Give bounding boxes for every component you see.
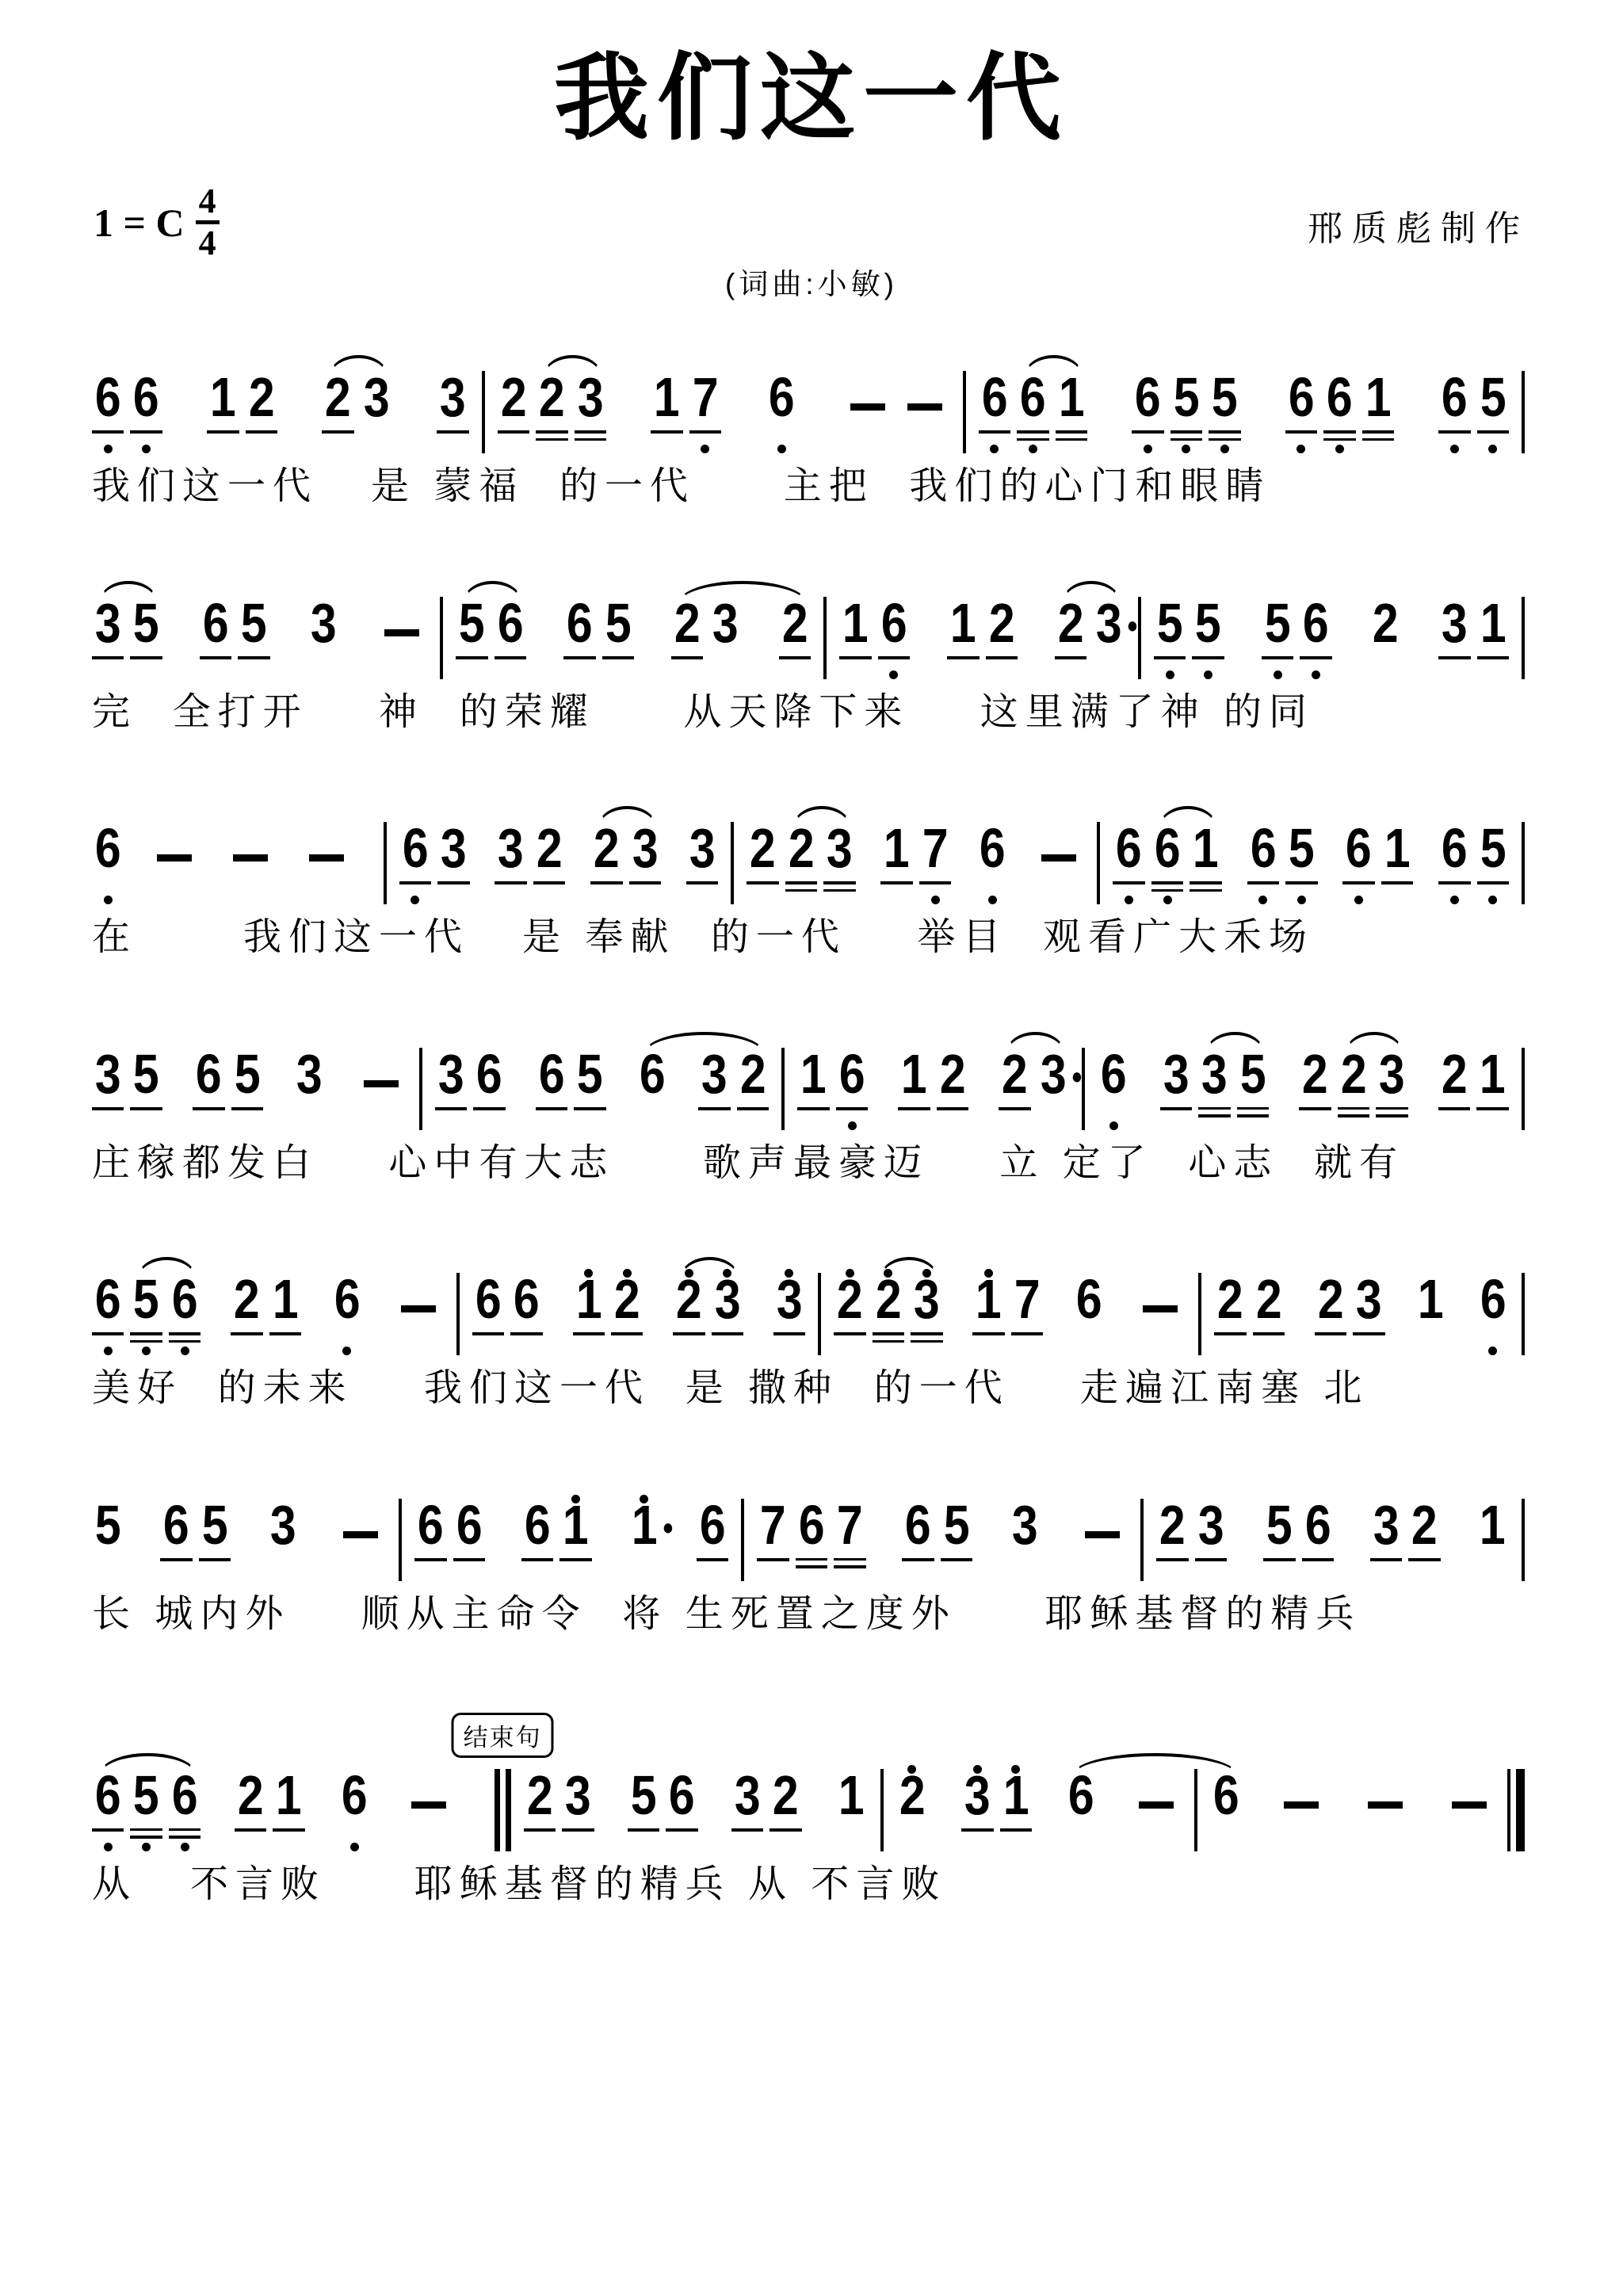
beat-gap bbox=[1012, 816, 1031, 817]
note-digit: 2 bbox=[500, 372, 526, 424]
beat-gap bbox=[342, 590, 373, 592]
note: 6 bbox=[396, 816, 434, 905]
note-digit: 2 bbox=[539, 372, 565, 424]
octave-dot-below-zone bbox=[1480, 1343, 1507, 1356]
credit: 邢质彪制作 bbox=[1308, 200, 1529, 250]
octave-dot-below-zone bbox=[675, 1343, 702, 1356]
slur-arc bbox=[1006, 1032, 1064, 1054]
barline-single bbox=[1140, 1499, 1144, 1581]
note: 5 bbox=[1260, 1492, 1298, 1582]
note-digit: 3 bbox=[735, 1771, 761, 1822]
note: 5 bbox=[1189, 590, 1227, 680]
octave-dot-below-zone bbox=[674, 667, 701, 680]
barline-single bbox=[1194, 1769, 1197, 1851]
beam-line bbox=[1195, 1558, 1227, 1561]
note-digit: 3 bbox=[438, 1049, 464, 1101]
note: 6 bbox=[328, 1266, 366, 1356]
note-digit: 1 bbox=[800, 1049, 827, 1101]
key-text: 1 = C bbox=[94, 200, 185, 246]
note-digit: 6 bbox=[799, 1500, 825, 1552]
note-digit: 5 bbox=[1266, 1500, 1293, 1552]
beat-gap bbox=[946, 1266, 970, 1268]
beam-line bbox=[559, 1558, 591, 1561]
octave-dot-below-zone bbox=[1201, 1117, 1228, 1131]
note-digit: 6 bbox=[1155, 823, 1181, 875]
note: 7 bbox=[686, 365, 724, 454]
beat-gap bbox=[509, 1041, 533, 1043]
beam-line bbox=[602, 656, 634, 659]
note-digit: 6 bbox=[980, 823, 1006, 875]
music-system: 66332233223176661656165在 我们这一代 是 奉献 的一代 … bbox=[89, 776, 1534, 961]
barline bbox=[1140, 1499, 1144, 1581]
note: 2 bbox=[766, 1763, 804, 1852]
octave-dot-below bbox=[1297, 896, 1306, 904]
octave-dot-below-zone bbox=[788, 892, 815, 905]
octave-dot-below-zone bbox=[1173, 441, 1200, 454]
note: 1 bbox=[836, 590, 874, 680]
beam-line bbox=[1285, 881, 1317, 884]
octave-dot-below-zone bbox=[899, 1839, 926, 1852]
note: 6 bbox=[89, 1763, 127, 1852]
beam-line bbox=[536, 430, 567, 434]
note-digit: 2 bbox=[234, 1274, 260, 1326]
beam-line bbox=[563, 656, 595, 659]
note-digit: 6 bbox=[1288, 372, 1314, 424]
slur-arc bbox=[792, 806, 850, 828]
note-digit: 2 bbox=[789, 823, 815, 875]
note: 3 bbox=[89, 590, 127, 680]
beam-line bbox=[1285, 430, 1317, 434]
beam-line bbox=[747, 881, 778, 884]
beat-gap bbox=[801, 365, 839, 366]
beam-line bbox=[769, 1828, 801, 1832]
beat-gap bbox=[166, 1041, 189, 1043]
dash-extension bbox=[364, 1080, 399, 1087]
note-digit: 1 bbox=[654, 372, 680, 424]
octave-dot-below bbox=[411, 896, 419, 904]
note: 2 bbox=[1366, 590, 1404, 680]
note-digit: 7 bbox=[760, 1500, 786, 1552]
octave-dot-below-zone bbox=[341, 1839, 368, 1852]
note: 3 bbox=[1435, 590, 1473, 680]
slur-arc bbox=[1205, 1032, 1264, 1054]
note-digit: 6 bbox=[163, 1500, 189, 1552]
octave-dot-below-zone bbox=[768, 441, 795, 454]
lyrics-line: 在 我们这一代 是 奉献 的一代 举目 观看广大禾场 bbox=[89, 915, 1534, 961]
note-digit: 6 bbox=[1135, 372, 1161, 424]
note: 2 bbox=[1250, 1266, 1288, 1356]
octave-dot-below-zone bbox=[526, 1839, 553, 1852]
beam-line bbox=[130, 430, 162, 434]
octave-dot-below-zone bbox=[900, 1117, 927, 1131]
beam-line bbox=[238, 656, 269, 659]
beam-line bbox=[273, 1828, 304, 1832]
note-digit: 6 bbox=[475, 1274, 502, 1326]
note-digit: 3 bbox=[1041, 1049, 1067, 1101]
octave-dot-below-zone bbox=[1134, 441, 1161, 454]
beam-line bbox=[435, 1107, 467, 1110]
beat-gap bbox=[1272, 1041, 1296, 1043]
note-digit: 3 bbox=[1198, 1500, 1224, 1552]
beam-line bbox=[796, 1558, 827, 1561]
beat-gap bbox=[1090, 365, 1128, 366]
beam-line bbox=[1262, 656, 1293, 659]
note: 5 bbox=[1205, 365, 1243, 454]
beat-gap bbox=[664, 816, 683, 817]
note-digit: 5 bbox=[1480, 372, 1506, 424]
beam-line bbox=[947, 656, 979, 659]
octave-dot-below-zone bbox=[1480, 892, 1507, 905]
octave-dot-below-zone bbox=[440, 892, 467, 905]
octave-dot-below bbox=[1450, 445, 1459, 453]
note: 2 bbox=[831, 1266, 869, 1356]
lyrics-line: 庄稼都发白 心中有大志 歌声最豪迈 立 定了 心志 就有 bbox=[89, 1140, 1534, 1186]
note: 3 bbox=[304, 590, 342, 680]
barline-single bbox=[1082, 1048, 1085, 1130]
note-digit: 5 bbox=[577, 1049, 603, 1101]
note: 6 bbox=[157, 1492, 195, 1582]
octave-dot-below bbox=[1166, 670, 1174, 679]
beam-line bbox=[92, 1107, 124, 1110]
octave-dot-below bbox=[1354, 896, 1363, 904]
octave-dot-below-zone bbox=[776, 1343, 803, 1356]
note-digit: 6 bbox=[1327, 372, 1353, 424]
beat-gap bbox=[931, 1763, 958, 1764]
note: 1 bbox=[1411, 1266, 1449, 1356]
note-digit: 2 bbox=[773, 1771, 799, 1822]
note: 6 bbox=[663, 1763, 701, 1852]
note: 5 bbox=[1151, 590, 1189, 680]
note: 3 bbox=[770, 1266, 808, 1356]
octave-dot-below bbox=[181, 1843, 189, 1851]
octave-dot-below-zone bbox=[1479, 1568, 1506, 1582]
note-digit: 6 bbox=[1303, 598, 1329, 650]
octave-dot-below-zone bbox=[1067, 1839, 1094, 1852]
note: 6 bbox=[1244, 816, 1282, 905]
octave-dot-below-zone bbox=[334, 1343, 361, 1356]
barline-single bbox=[1522, 822, 1525, 904]
slur-arc bbox=[1072, 1753, 1237, 1775]
note: 5 bbox=[624, 1763, 663, 1852]
beat-gap bbox=[1416, 816, 1435, 817]
note: 6 bbox=[1128, 365, 1167, 454]
octave-dot-below bbox=[889, 670, 898, 679]
dash-extension bbox=[1284, 1801, 1319, 1809]
note-digit: 6 bbox=[133, 372, 159, 424]
note-digit: 6 bbox=[1068, 1771, 1094, 1822]
octave-dot-below-zone bbox=[324, 441, 351, 454]
octave-dot-below bbox=[1488, 896, 1497, 904]
octave-dot-below-zone bbox=[310, 667, 337, 680]
octave-dot-below-zone bbox=[437, 1117, 464, 1131]
note: 1 bbox=[1359, 365, 1397, 454]
barline bbox=[1198, 1273, 1201, 1355]
barline bbox=[1522, 822, 1525, 904]
barline-single bbox=[818, 1273, 821, 1355]
music-system: 661223322317666165566165我们这一代 是 蒙福 的一代 主… bbox=[89, 325, 1534, 510]
octave-dot-below-zone bbox=[94, 441, 121, 454]
beat-gap bbox=[976, 1492, 1006, 1494]
barline bbox=[440, 597, 443, 679]
note-digit: 3 bbox=[95, 1049, 121, 1101]
lyrics-line: 我们这一代 是 蒙福 的一代 主把 我们的心门和眼睛 bbox=[89, 464, 1534, 510]
beam-line bbox=[1477, 656, 1509, 659]
note: 3 bbox=[559, 1763, 597, 1852]
octave-dot-below-zone bbox=[749, 892, 776, 905]
beam-line bbox=[1151, 881, 1183, 884]
dash-extension bbox=[850, 403, 885, 411]
music-system: 6562166612233223176222316美好 的未来 我们这一代 是 … bbox=[89, 1227, 1534, 1412]
beam-line bbox=[453, 1558, 485, 1561]
note: 2 bbox=[1153, 1492, 1191, 1582]
note: 7 bbox=[831, 1492, 869, 1582]
octave-dot-below-zone bbox=[132, 441, 159, 454]
octave-dot-below-zone bbox=[1355, 1343, 1382, 1356]
note-digit: 2 bbox=[1255, 1274, 1281, 1326]
beam-line bbox=[1214, 1332, 1246, 1335]
octave-dot-below bbox=[1488, 445, 1497, 453]
octave-dot-below-zone bbox=[1002, 1839, 1029, 1852]
note-digit: 1 bbox=[884, 823, 910, 875]
barline bbox=[495, 1769, 500, 1851]
note-digit: 3 bbox=[632, 823, 658, 875]
note-digit: 2 bbox=[782, 598, 808, 650]
beam-line bbox=[1315, 1332, 1346, 1335]
beam-line bbox=[235, 1828, 266, 1832]
octave-dot-below-zone bbox=[94, 1117, 121, 1131]
barline-single bbox=[384, 822, 387, 904]
beam-line bbox=[498, 430, 529, 434]
note: 5 bbox=[453, 590, 491, 680]
dash-extension bbox=[233, 854, 268, 861]
note-digit: 6 bbox=[1213, 1771, 1239, 1822]
octave-dot-below-zone bbox=[1216, 1343, 1243, 1356]
note-digit: 3 bbox=[95, 598, 121, 650]
time-signature: 4 4 bbox=[196, 184, 220, 261]
octave-dot-below-zone bbox=[1288, 441, 1315, 454]
octave-dot-below-zone bbox=[979, 892, 1006, 905]
note-digit: 3 bbox=[914, 1274, 940, 1326]
beat-gap bbox=[1044, 1492, 1075, 1494]
octave-dot-below-zone bbox=[1441, 892, 1468, 905]
beam-line bbox=[231, 1332, 262, 1335]
beam-line bbox=[200, 656, 231, 659]
note-digit: 6 bbox=[1101, 1049, 1127, 1101]
note-digit: 6 bbox=[476, 1049, 502, 1101]
beat-gap bbox=[1108, 1266, 1132, 1268]
slur-arc bbox=[678, 581, 806, 603]
beat-gap bbox=[329, 1041, 353, 1043]
beam-line bbox=[941, 1558, 972, 1561]
note: 3 bbox=[571, 365, 609, 454]
note: 6 bbox=[762, 365, 800, 454]
note-digit: 2 bbox=[740, 1049, 766, 1101]
dash-extension bbox=[1368, 1801, 1403, 1809]
slur-arc bbox=[463, 581, 521, 603]
octave-dot-below-zone bbox=[576, 1117, 603, 1131]
note-digit: 2 bbox=[325, 372, 351, 424]
octave-dot-below-zone bbox=[475, 1117, 502, 1131]
octave-dot-below bbox=[1488, 1347, 1497, 1355]
dash-extension bbox=[411, 1801, 446, 1809]
note-digit: 6 bbox=[700, 1500, 726, 1552]
beam-line bbox=[1381, 881, 1413, 884]
note-digit: 1 bbox=[1365, 372, 1391, 424]
note-digit: 3 bbox=[1096, 598, 1122, 650]
beam-line bbox=[1376, 1107, 1407, 1110]
note: 3 bbox=[1034, 1041, 1072, 1131]
octave-dot-below bbox=[181, 1347, 189, 1355]
note: 2 bbox=[1211, 1266, 1249, 1356]
beam-line bbox=[878, 656, 910, 659]
note: 3 bbox=[264, 1492, 302, 1582]
beat-gap bbox=[1035, 1763, 1062, 1764]
note-digit: 6 bbox=[640, 1049, 666, 1101]
dash-extension bbox=[401, 1305, 436, 1312]
note: 1 bbox=[269, 1763, 307, 1852]
note-digit: 5 bbox=[605, 598, 631, 650]
octave-dot-below bbox=[777, 445, 786, 453]
note-digit: 1 bbox=[1384, 823, 1411, 875]
note-digit: 2 bbox=[1217, 1274, 1243, 1326]
barline bbox=[419, 1048, 422, 1130]
beam-line bbox=[521, 1558, 553, 1561]
notation-row: 661223322317666165566165 bbox=[89, 365, 1534, 454]
beam-line bbox=[562, 1828, 594, 1832]
beam-line bbox=[1302, 1558, 1334, 1561]
beam-line bbox=[1011, 1332, 1043, 1335]
slur-arc bbox=[598, 806, 656, 828]
beam-line bbox=[533, 881, 565, 884]
note-digit: 5 bbox=[241, 598, 267, 650]
beat-gap bbox=[1444, 1492, 1474, 1494]
note: 1 bbox=[1474, 590, 1512, 680]
octave-dot-below-zone bbox=[237, 1839, 264, 1852]
octave-dot-below bbox=[1029, 445, 1037, 453]
note: 5 bbox=[1282, 816, 1320, 905]
note: 2 bbox=[231, 1763, 269, 1852]
slur-arc bbox=[137, 1257, 196, 1279]
beam-line bbox=[1113, 881, 1144, 884]
beam-line bbox=[834, 1558, 865, 1561]
note-digit: 6 bbox=[95, 823, 121, 875]
note: 3 bbox=[1373, 1041, 1411, 1131]
note: 5 bbox=[228, 1041, 266, 1131]
note-digit: 6 bbox=[497, 598, 523, 650]
octave-dot-below-zone bbox=[94, 1343, 121, 1356]
barline bbox=[1522, 1499, 1525, 1581]
barline-single bbox=[781, 1048, 785, 1130]
octave-dot-below-zone bbox=[513, 1343, 540, 1356]
note-digit: 6 bbox=[1116, 823, 1142, 875]
octave-dot-below-zone bbox=[842, 667, 869, 680]
note-digit: 2 bbox=[1341, 1049, 1367, 1101]
note: 6 bbox=[1148, 816, 1186, 905]
note-digit: 3 bbox=[1012, 1500, 1038, 1552]
note: 3 bbox=[706, 590, 744, 680]
note: 3 bbox=[432, 1041, 470, 1131]
note-digit: 3 bbox=[1163, 1049, 1190, 1101]
octave-dot-below-zone bbox=[613, 1343, 640, 1356]
note: 6 bbox=[89, 1266, 127, 1356]
note: 6 bbox=[166, 1763, 204, 1852]
note-digit: 6 bbox=[525, 1500, 551, 1552]
octave-dot-below-zone bbox=[1365, 441, 1392, 454]
barline bbox=[1082, 1048, 1085, 1130]
beat-gap bbox=[488, 1492, 518, 1494]
note-digit: 1 bbox=[575, 1274, 601, 1326]
note-digit: 3 bbox=[1201, 1049, 1228, 1101]
octave-dot-below-zone bbox=[826, 892, 853, 905]
note-digit: 6 bbox=[1251, 823, 1277, 875]
barline-single bbox=[1522, 1048, 1525, 1130]
note: 6 bbox=[1299, 1492, 1337, 1582]
note: 2 bbox=[242, 365, 281, 454]
beam-line bbox=[836, 1107, 868, 1110]
slur-arc bbox=[643, 1032, 764, 1054]
note: 6 bbox=[693, 1492, 731, 1582]
octave-dot-below bbox=[104, 1843, 113, 1851]
octave-dot-below-zone bbox=[1197, 1568, 1224, 1582]
note-digit: 2 bbox=[237, 1771, 263, 1822]
note: 2 bbox=[776, 590, 814, 680]
note-digit: 5 bbox=[1173, 372, 1199, 424]
beam-line bbox=[785, 881, 817, 884]
beam-line bbox=[1209, 430, 1240, 434]
note-digit: 6 bbox=[981, 372, 1007, 424]
octave-dot-below-zone bbox=[1302, 667, 1329, 680]
lyrics-line: 从 不言败 耶稣基督的精兵 从 不言败 bbox=[89, 1862, 1534, 1908]
octave-dot-below-zone bbox=[1480, 441, 1507, 454]
note: 1 bbox=[647, 365, 685, 454]
octave-dot-below-zone bbox=[605, 667, 632, 680]
beam-line bbox=[399, 881, 431, 884]
barline-single bbox=[419, 1048, 422, 1130]
beam-line bbox=[898, 1107, 930, 1110]
octave-dot-below-zone bbox=[1384, 892, 1411, 905]
note: 6 bbox=[1094, 1041, 1132, 1131]
octave-dot-below-zone bbox=[566, 667, 593, 680]
note-digit: 2 bbox=[1002, 1049, 1028, 1101]
note: 6 bbox=[89, 365, 127, 454]
octave-dot-below-zone bbox=[171, 1839, 198, 1852]
note-digit: 6 bbox=[203, 598, 229, 650]
lyrics-line: 美好 的未来 我们这一代 是 撒种 的一代 走遍江南塞 北 bbox=[89, 1366, 1534, 1412]
note-digit: 1 bbox=[976, 1274, 1002, 1326]
note: 6 bbox=[1109, 816, 1148, 905]
note: 5 bbox=[1474, 816, 1512, 905]
note: 2 bbox=[782, 816, 820, 905]
header: 我们这一代 1 = C 4 4 邢质彪制作 (词曲:小敏) bbox=[0, 0, 1623, 317]
note: 6 bbox=[1014, 365, 1052, 454]
note-digit: 7 bbox=[922, 823, 949, 875]
beat-gap bbox=[663, 1492, 693, 1494]
barline-single bbox=[823, 597, 827, 679]
octave-dot-below-zone bbox=[630, 1839, 657, 1852]
note: 3 bbox=[433, 365, 472, 454]
note: 5 bbox=[127, 1266, 165, 1356]
note-digit: 1 bbox=[842, 598, 869, 650]
note: 2 bbox=[983, 590, 1021, 680]
beam-line bbox=[472, 1332, 504, 1335]
octave-dot-below-zone bbox=[275, 1839, 302, 1852]
note: 3 bbox=[728, 1763, 766, 1852]
note-digit: 3 bbox=[712, 598, 739, 650]
octave-dot-below bbox=[990, 445, 999, 453]
note-digit: 6 bbox=[342, 1771, 368, 1822]
note-digit: 3 bbox=[440, 372, 466, 424]
beam-line bbox=[961, 1828, 993, 1832]
